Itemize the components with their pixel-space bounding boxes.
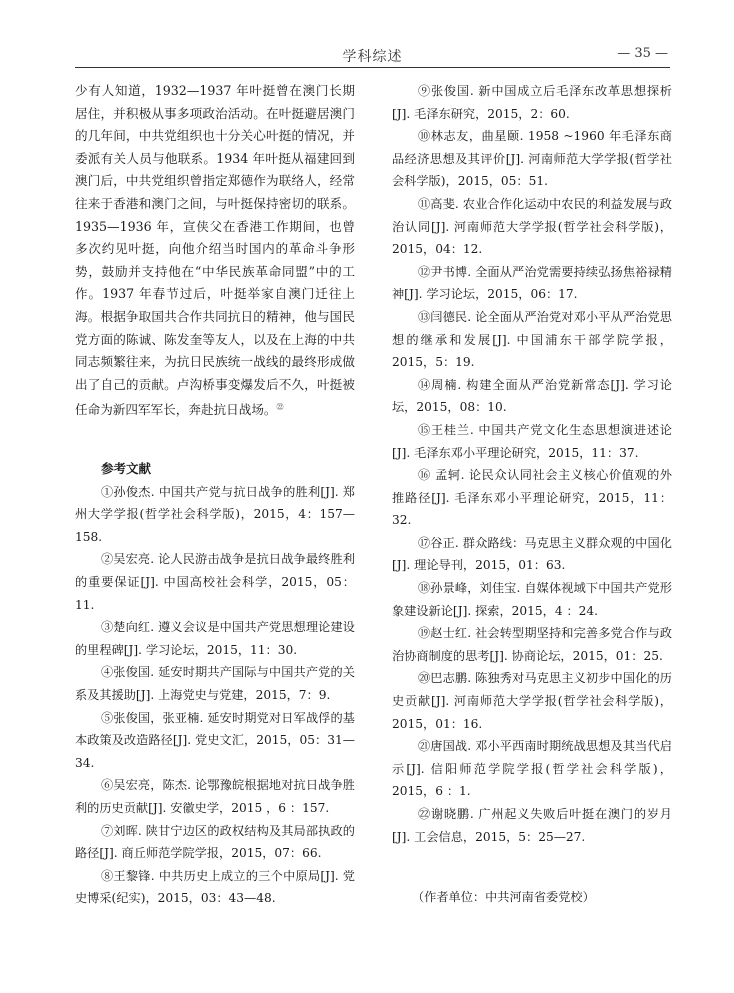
reference-item: ⑫尹书博. 全面从严治党需要持续弘扬焦裕禄精神[J]. 学习论坛，2015，06… xyxy=(392,261,672,306)
left-column: 少有人知道，1932—1937 年叶挺曾在澳门长期居住，并积极从事多项政治活动。… xyxy=(75,80,355,910)
reference-item: ⑳巴志鹏. 陈独秀对马克思主义初步中国化的历史贡献[J]. 河南师范大学学报(哲… xyxy=(392,667,672,735)
author-affiliation: （作者单位：中共河南省委党校） xyxy=(412,886,672,909)
reference-item: ⑧王黎锋. 中共历史上成立的三个中原局[J]. 党史博采(纪实)，2015，03… xyxy=(75,865,355,910)
reference-item: ①孙俊杰. 中国共产党与抗日战争的胜利[J]. 郑州大学学报(哲学社会科学版)，… xyxy=(75,481,355,549)
reference-item: ⑯ 孟轲. 论民众认同社会主义核心价值观的外推路径[J]. 毛泽东邓小平理论研究… xyxy=(392,464,672,532)
page-number: — 35 — xyxy=(617,46,668,61)
reference-item: ⑤张俊国，张亚楠. 延安时期党对日军战俘的基本政策及改造路径[J]. 党史文汇，… xyxy=(75,707,355,775)
reference-item: ㉒谢晓鹏. 广州起义失败后叶挺在澳门的岁月[J]. 工会信息，2015，5：25… xyxy=(392,803,672,848)
reference-item: ㉑唐国战. 邓小平西南时期统战思想及其当代启示[J]. 信阳师范学院学报(哲学社… xyxy=(392,735,672,803)
section-title: 学科综述 xyxy=(75,46,670,66)
page-header: 学科综述 — 35 — xyxy=(75,42,670,68)
reference-item: ⑬闫德民. 论全面从严治党对邓小平从严治党思想的继承和发展[J]. 中国浦东干部… xyxy=(392,306,672,374)
reference-item: ④张俊国. 延安时期共产国际与中国共产党的关系及其援助[J]. 上海党史与党建，… xyxy=(75,661,355,706)
right-column: ⑨张俊国. 新中国成立后毛泽东改革思想探析[J]. 毛泽东研究，2015，2：6… xyxy=(392,80,672,909)
reference-item: ⑦刘晖. 陕甘宁边区的政权结构及其局部执政的路径[J]. 商丘师范学院学报，20… xyxy=(75,820,355,865)
reference-item: ⑪高斐. 农业合作化运动中农民的利益发展与政治认同[J]. 河南师范大学学报(哲… xyxy=(392,193,672,261)
reference-item: ②吴宏亮. 论人民游击战争是抗日战争最终胜利的重要保证[J]. 中国高校社会科学… xyxy=(75,548,355,616)
reference-item: ⑱孙景峰，刘佳宝. 自媒体视域下中国共产党形象建设新论[J]. 探索，2015，… xyxy=(392,577,672,622)
reference-item: ⑭周楠. 构建全面从严治党新常态[J]. 学习论坛，2015，08：10. xyxy=(392,374,672,419)
body-paragraph: 少有人知道，1932—1937 年叶挺曾在澳门长期居住，并积极从事多项政治活动。… xyxy=(75,80,355,422)
reference-item: ⑮王桂兰. 中国共产党文化生态思想演进述论[J]. 毛泽东邓小平理论研究，201… xyxy=(392,419,672,464)
body-paragraph-text: 少有人知道，1932—1937 年叶挺曾在澳门长期居住，并积极从事多项政治活动。… xyxy=(75,83,355,418)
reference-item: ⑨张俊国. 新中国成立后毛泽东改革思想探析[J]. 毛泽东研究，2015，2：6… xyxy=(392,80,672,125)
references-heading: 参考文献 xyxy=(101,458,355,481)
reference-item: ⑰谷正. 群众路线：马克思主义群众观的中国化[J]. 理论导刊，2015，01：… xyxy=(392,532,672,577)
reference-item: ⑥吴宏亮，陈杰. 论鄂豫皖根据地对抗日战争胜利的历史贡献[J]. 安徽史学，20… xyxy=(75,774,355,819)
reference-item: ⑩林志友，曲星颐. 1958 ~1960 年毛泽东商品经济思想及其评价[J]. … xyxy=(392,125,672,193)
reference-item: ⑲赵士红. 社会转型期坚持和完善多党合作与政治协商制度的思考[J]. 协商论坛，… xyxy=(392,622,672,667)
reference-item: ③楚向红. 遵义会议是中国共产党思想理论建设的里程碑[J]. 学习论坛，2015… xyxy=(75,616,355,661)
footnote-reference: ㉒ xyxy=(277,403,284,411)
